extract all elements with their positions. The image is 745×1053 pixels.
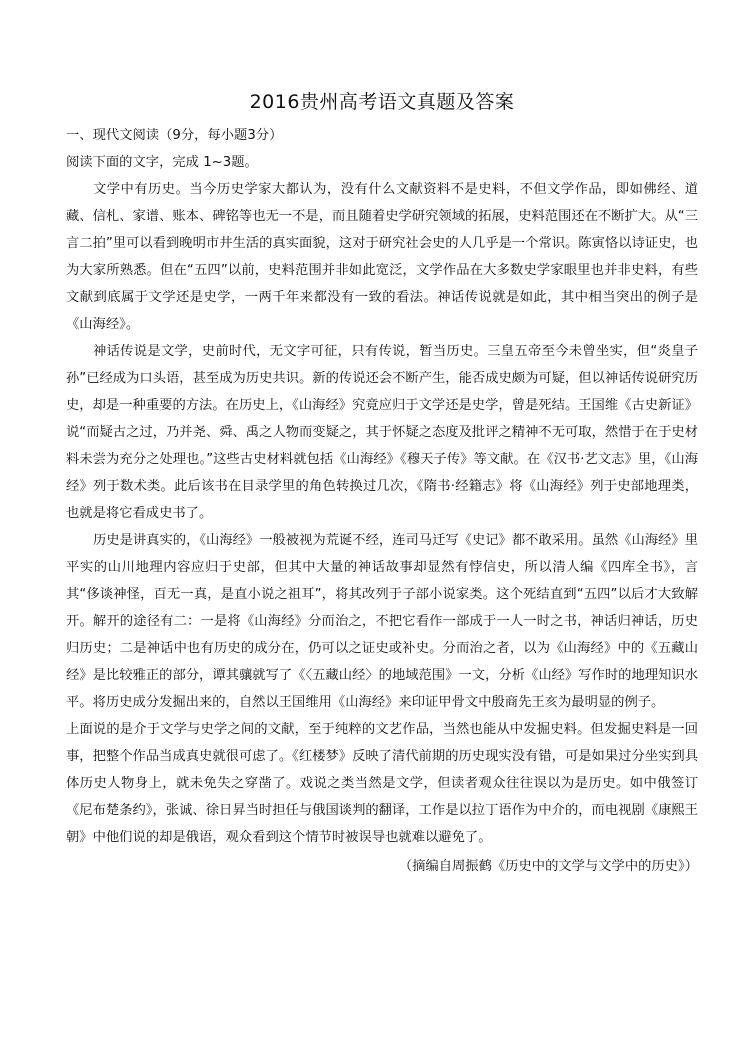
source-citation: （摘编自周振鹤《历史中的文学与文学中的历史》） bbox=[66, 853, 698, 880]
document-body: 一、现代文阅读（9分，每小题3分） 阅读下面的文字，完成 1~3题。 文学中有历… bbox=[66, 122, 698, 880]
paragraph-3: 历史是讲真实的，《山海经》一般被视为荒诞不经，连司马迁写《史记》都不敢采用。虽然… bbox=[66, 527, 698, 716]
document-title: 2016贵州高考语文真题及答案 bbox=[66, 90, 698, 114]
reading-instruction: 阅读下面的文字，完成 1~3题。 bbox=[66, 149, 698, 176]
paragraph-4: 上面说的是介于文学与史学之间的文献，至于纯粹的文艺作品，当然也能从中发掘史料。但… bbox=[66, 716, 698, 851]
paragraph-2: 神话传说是文学，史前时代，无文字可征，只有传说，暂当历史。三皇五帝至今未曾坐实，… bbox=[66, 338, 698, 527]
paragraph-1: 文学中有历史。当今历史学家大都认为，没有什么文献资料不是史料，不但文学作品，即如… bbox=[66, 176, 698, 338]
section-heading: 一、现代文阅读（9分，每小题3分） bbox=[66, 122, 698, 149]
